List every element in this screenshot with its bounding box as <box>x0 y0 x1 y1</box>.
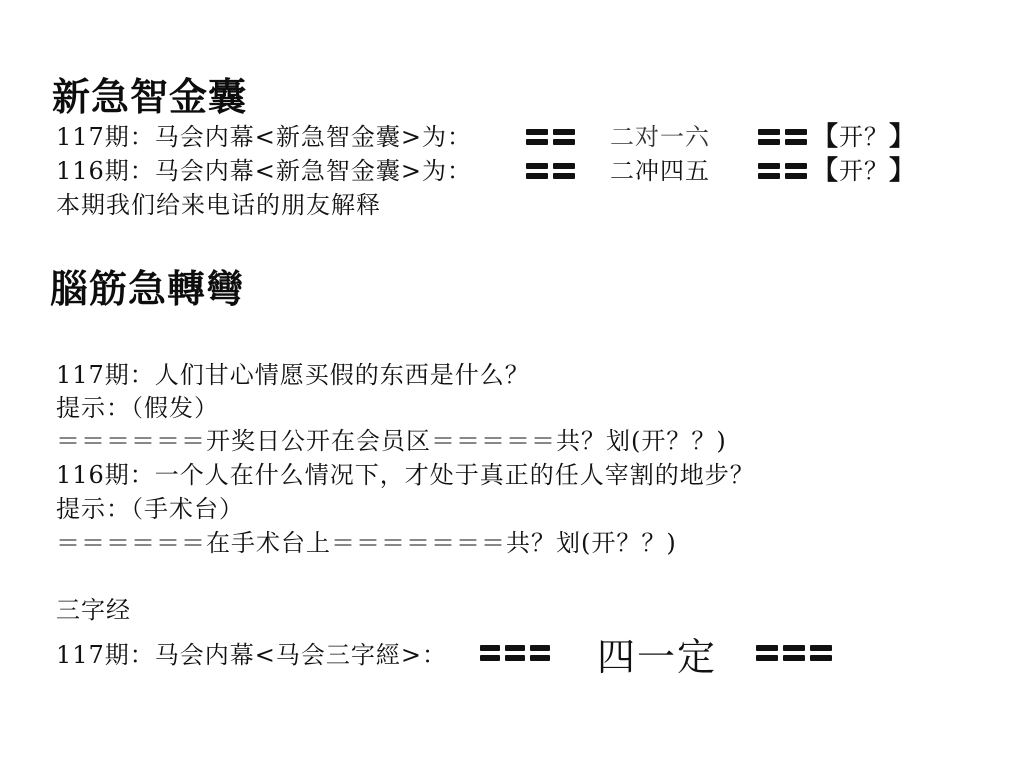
open-bracket-117: 【开？】 <box>812 122 916 152</box>
row-117-jinnang: 117期：马会内幕<新急智金囊>为： <box>56 122 472 152</box>
hint-117: 提示：（假发） <box>56 393 219 423</box>
section-title-brain-teaser: 腦筋急轉彎 <box>50 258 245 313</box>
section-title-xinjizhi: 新急智金囊 <box>52 66 247 121</box>
answer-line-117: ＝＝＝＝＝＝开奖日公开在会员区＝＝＝＝＝共？划(开？？) <box>56 426 727 456</box>
row-117-sanzijing: 117期：马会内幕<马会三字經>： <box>56 640 447 670</box>
trigram-icon <box>526 163 575 179</box>
row-text: 马会内幕<新急智金囊>为： <box>155 157 472 185</box>
answer-line-116: ＝＝＝＝＝＝在手术台上＝＝＝＝＝＝＝共？划(开？？) <box>56 528 677 558</box>
period-label: 116期： <box>56 157 155 185</box>
period-label: 117期： <box>56 123 155 151</box>
trigram-icon <box>758 163 807 179</box>
section-title-sanzijing: 三字经 <box>56 595 131 625</box>
answer-117: 二对一六 <box>610 122 710 152</box>
question-116: 116期：一个人在什么情况下，才处于真正的任人宰割的地步？ <box>56 460 755 490</box>
open-bracket-116: 【开？】 <box>812 156 916 186</box>
trigram-icon <box>756 645 832 661</box>
trigram-icon <box>526 129 575 145</box>
row-116-jinnang: 116期：马会内幕<新急智金囊>为： <box>56 156 472 186</box>
trigram-icon <box>758 129 807 145</box>
row-text: 马会内幕<新急智金囊>为： <box>155 123 472 151</box>
answer-116: 二冲四五 <box>610 156 710 186</box>
hint-116: 提示：（手术台） <box>56 494 244 524</box>
question-117: 117期：人们甘心情愿买假的东西是什么？ <box>56 360 530 390</box>
explanation-note: 本期我们给来电话的朋友解释 <box>56 190 381 220</box>
row-text: 马会内幕<马会三字經>： <box>155 641 447 669</box>
trigram-icon <box>480 645 550 661</box>
answer-sanzijing: 四一定 <box>597 626 717 681</box>
period-label: 117期： <box>56 641 155 669</box>
